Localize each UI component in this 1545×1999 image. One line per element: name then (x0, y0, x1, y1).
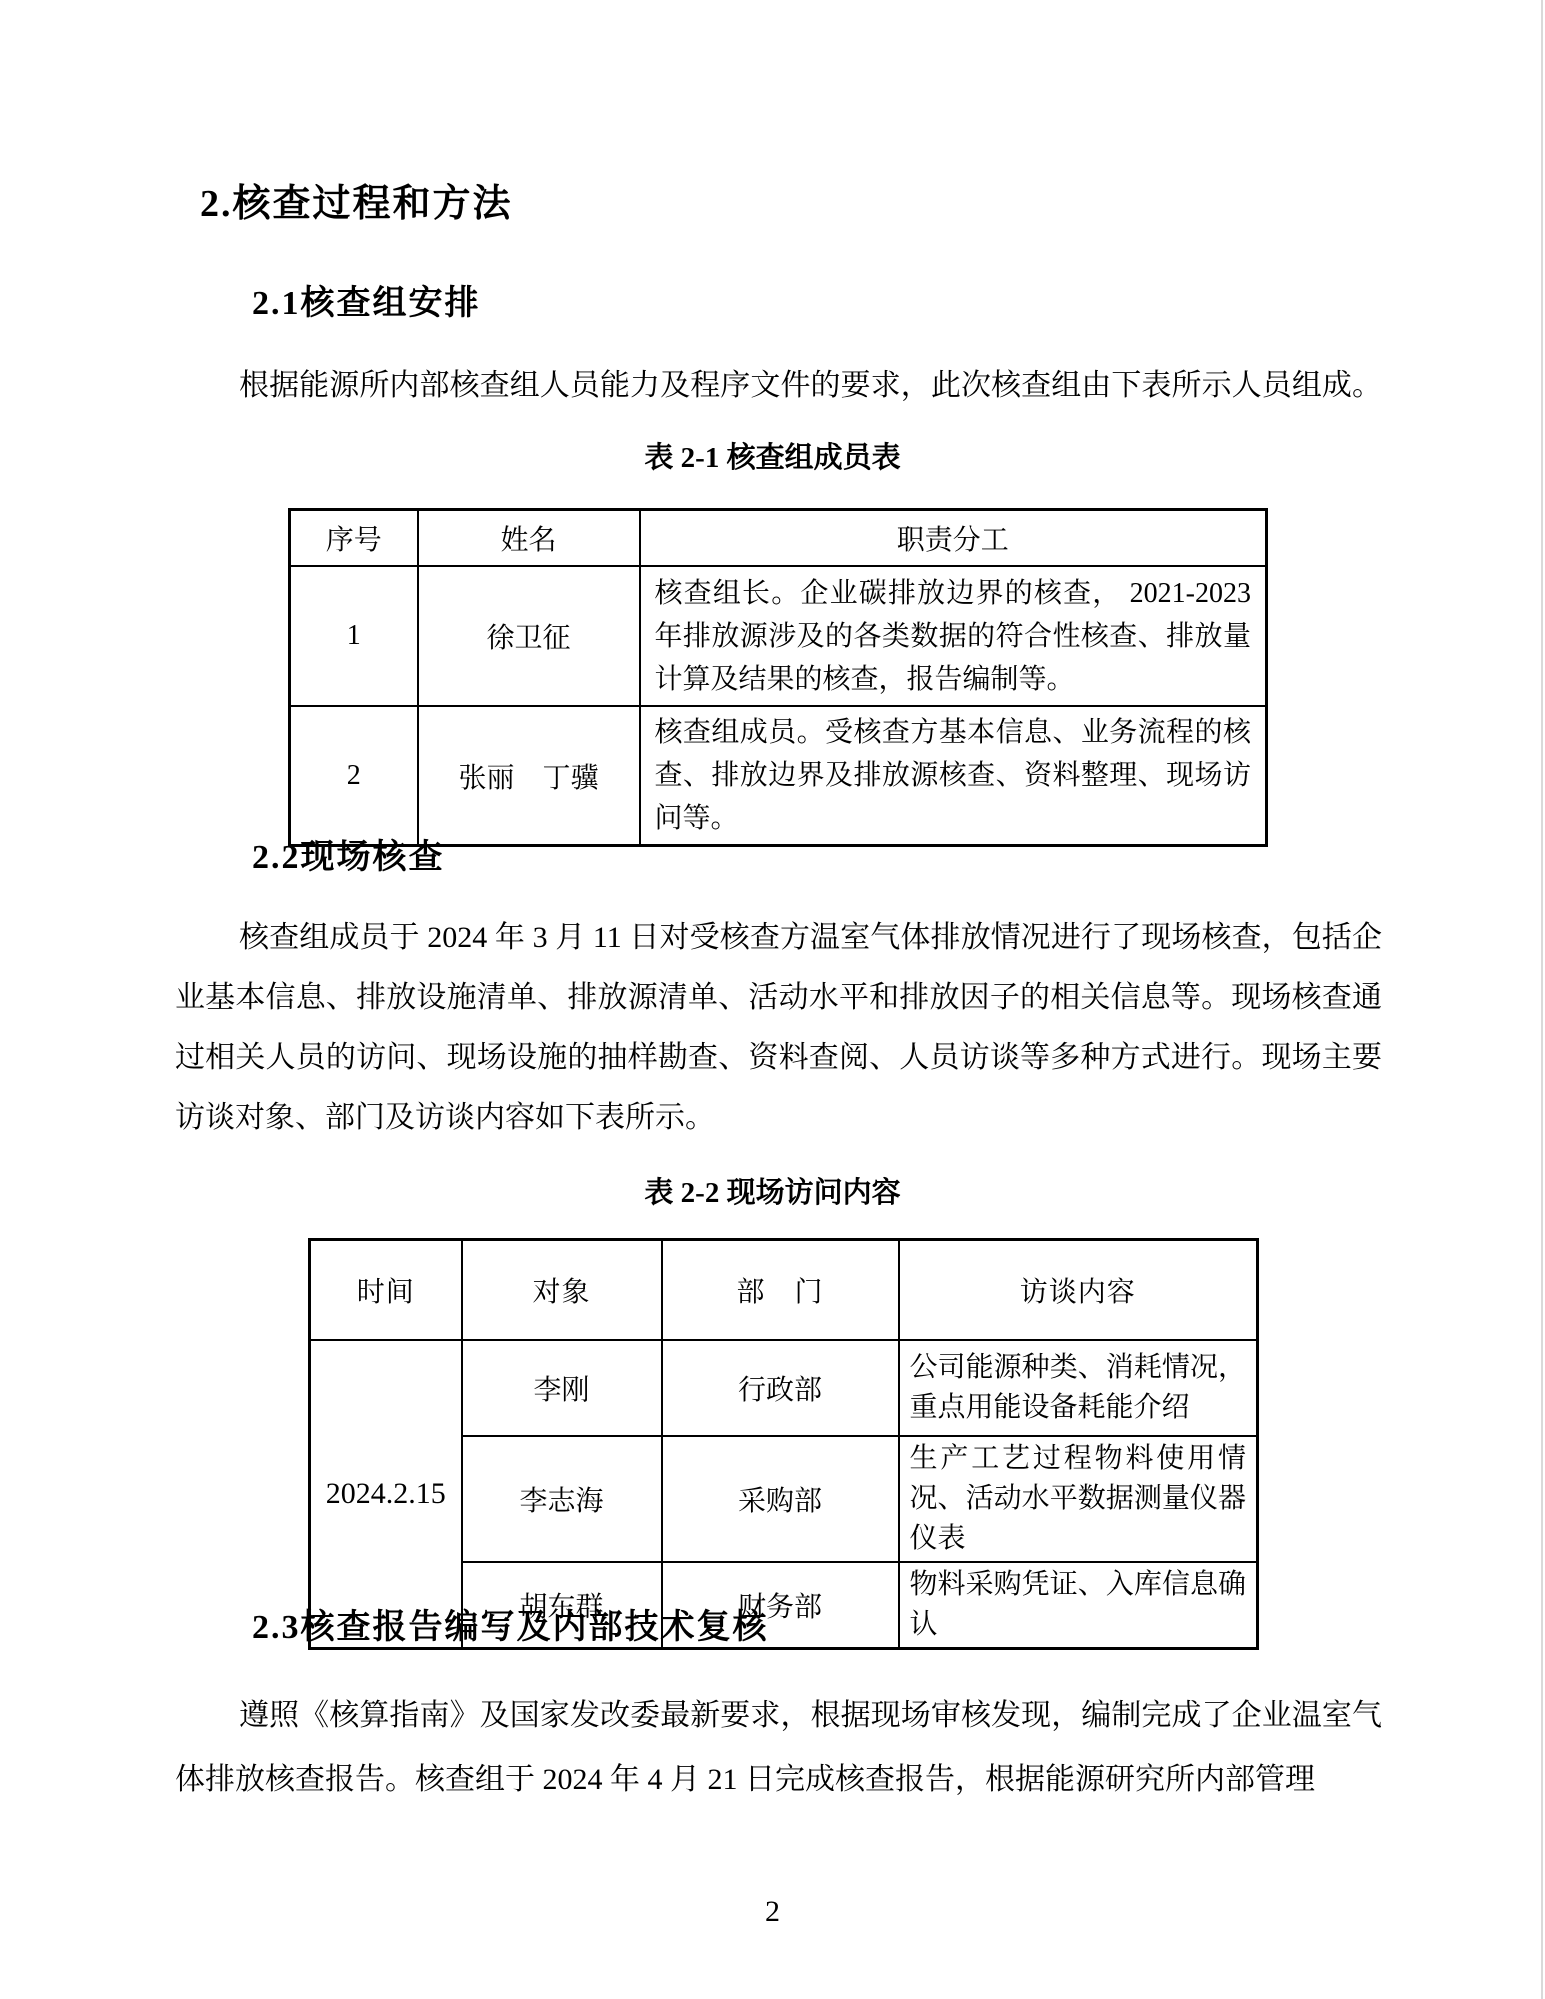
table-cell-person: 李刚 (462, 1340, 662, 1436)
table-cell-person: 李志海 (462, 1436, 662, 1562)
table-cell-dept: 行政部 (662, 1340, 899, 1436)
table-cell-name: 张丽 丁骥 (418, 706, 640, 846)
table-caption-2-2: 表 2-2 现场访问内容 (0, 1176, 1545, 1210)
table-header-cell: 部 门 (662, 1240, 899, 1341)
section-heading-2-1: 2.1核查组安排 (252, 284, 481, 324)
table-row: 2 张丽 丁骥 核查组成员。受核查方基本信息、业务流程的核查、排放边界及排放源核… (290, 706, 1267, 846)
table-cell-duty: 核查组成员。受核查方基本信息、业务流程的核查、排放边界及排放源核查、资料整理、现… (640, 706, 1267, 846)
table-cell-no: 2 (290, 706, 418, 846)
page-edge-line (1541, 0, 1543, 1999)
section-heading-2-3: 2.3核查报告编写及内部技术复核 (252, 1608, 769, 1648)
table-row: 时间 对象 部 门 访谈内容 (310, 1240, 1258, 1341)
table-header-cell: 访谈内容 (899, 1240, 1258, 1341)
table-cell-no: 1 (290, 566, 418, 706)
paragraph-site-visit: 核查组成员于 2024 年 3 月 11 日对受核查方温室气体排放情况进行了现场… (175, 908, 1382, 1148)
table-cell-duty: 核查组长。企业碳排放边界的核查， 2021-2023年排放源涉及的各类数据的符合… (640, 566, 1267, 706)
table-row: 1 徐卫征 核查组长。企业碳排放边界的核查， 2021-2023年排放源涉及的各… (290, 566, 1267, 706)
paragraph-team-intro: 根据能源所内部核查组人员能力及程序文件的要求，此次核查组由下表所示人员组成。 (175, 356, 1382, 416)
table-header-cell: 时间 (310, 1240, 462, 1341)
table-verification-team: 序号 姓名 职责分工 1 徐卫征 核查组长。企业碳排放边界的核查， 2021-2… (288, 508, 1268, 847)
table-cell-content: 物料采购凭证、入库信息确认 (899, 1562, 1258, 1649)
table-row: 序号 姓名 职责分工 (290, 510, 1267, 567)
document-page: 2.核查过程和方法 2.1核查组安排 根据能源所内部核查组人员能力及程序文件的要… (0, 0, 1545, 1999)
table-header-cell: 序号 (290, 510, 418, 567)
table-header-cell: 姓名 (418, 510, 640, 567)
section-heading-2-2: 2.2现场核查 (252, 838, 445, 878)
table-row: 2024.2.15 李刚 行政部 公司能源种类、消耗情况，重点用能设备耗能介绍 (310, 1340, 1258, 1436)
chapter-heading: 2.核查过程和方法 (200, 182, 513, 226)
table-site-interviews: 时间 对象 部 门 访谈内容 2024.2.15 李刚 行政部 公司能源种类、消… (308, 1238, 1259, 1650)
paragraph-report-writing: 遵照《核算指南》及国家发改委最新要求，根据现场审核发现，编制完成了企业温室气体排… (175, 1684, 1382, 1812)
table-cell-dept: 采购部 (662, 1436, 899, 1562)
table-cell-content: 生产工艺过程物料使用情况、活动水平数据测量仪器仪表 (899, 1436, 1258, 1562)
page-number: 2 (0, 1895, 1545, 1929)
table-caption-2-1: 表 2-1 核查组成员表 (0, 441, 1545, 475)
table-cell-content: 公司能源种类、消耗情况，重点用能设备耗能介绍 (899, 1340, 1258, 1436)
table-cell-date: 2024.2.15 (310, 1340, 462, 1649)
table-header-cell: 对象 (462, 1240, 662, 1341)
table-header-cell: 职责分工 (640, 510, 1267, 567)
table-cell-name: 徐卫征 (418, 566, 640, 706)
